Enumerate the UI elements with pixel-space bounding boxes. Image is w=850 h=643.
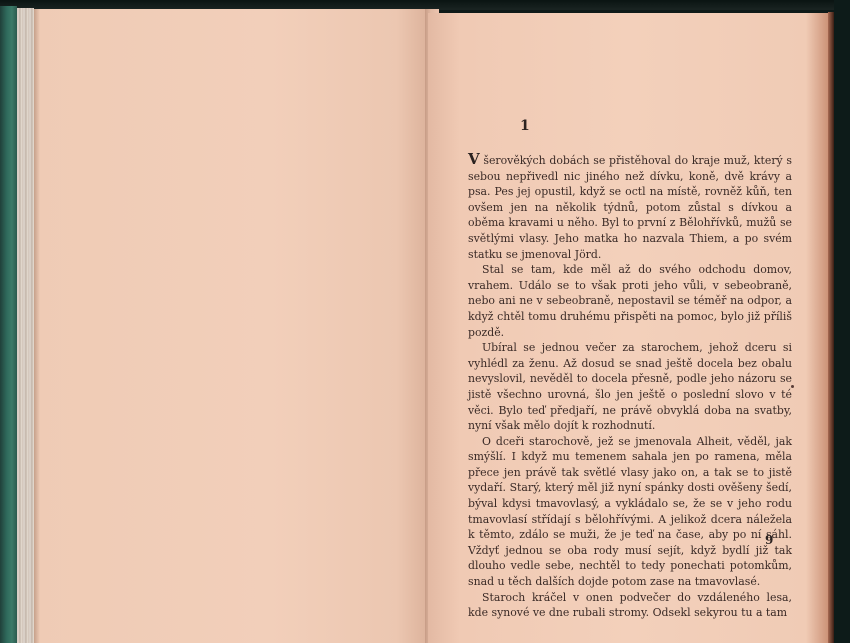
page-stack-edges: [17, 8, 34, 643]
body-text: V šerověkých dobách se přistěhoval do kr…: [468, 152, 792, 621]
chapter-number: 1: [520, 118, 530, 134]
margin-mark: [791, 385, 794, 388]
paragraph-text: šerověkých dobách se přistěhoval do kraj…: [468, 154, 792, 261]
page-number: 9: [765, 533, 773, 547]
paragraph: Ubíral se jednou večer za starochem, jeh…: [468, 340, 792, 434]
left-page: [34, 9, 428, 643]
paragraph: V šerověkých dobách se přistěhoval do kr…: [468, 152, 792, 262]
left-page-shade: [34, 9, 40, 643]
book-cover-edge: [0, 6, 17, 643]
paragraph: O dceři starochově, jež se jmenovala Alh…: [468, 434, 792, 590]
paragraph: Staroch kráčel v onen podvečer do vzdále…: [468, 590, 792, 621]
paragraph: Stal se tam, kde měl až do svého odchodu…: [468, 262, 792, 340]
drop-cap: V: [468, 150, 480, 168]
background-right: [834, 0, 850, 643]
